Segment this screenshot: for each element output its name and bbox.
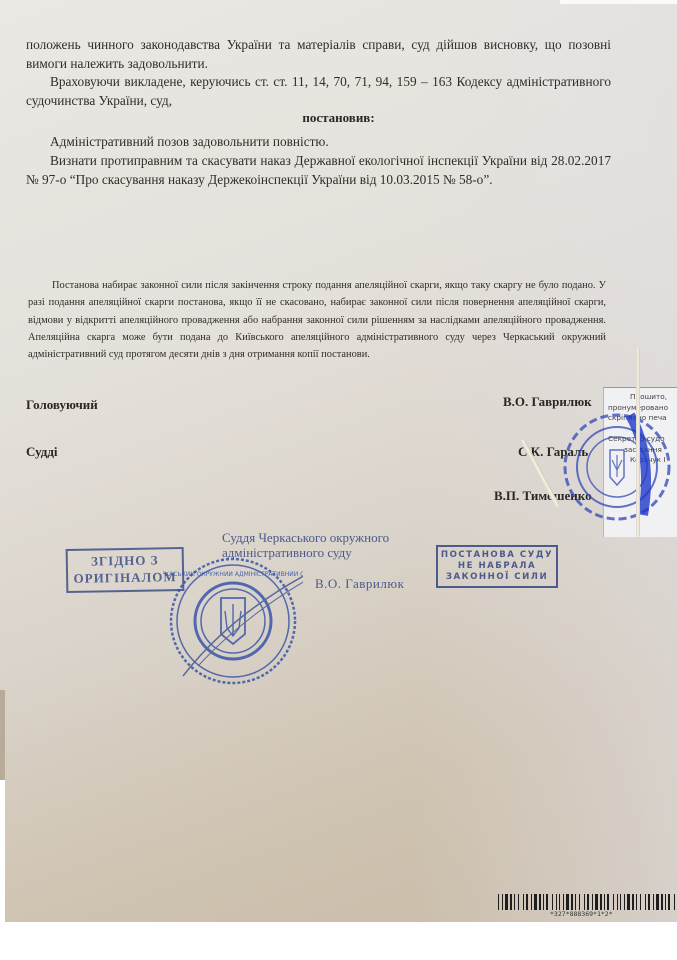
certifying-judge-name: В.О. Гаврилюк	[315, 576, 404, 592]
appeal-notice: Постанова набирає законної сили після за…	[28, 277, 606, 363]
page-edge	[0, 690, 5, 780]
court-round-seal-icon: ЧЕРКАСЬКИЙ ОКРУЖНИЙ АДМІНІСТРАТИВНИЙ СУД	[163, 556, 303, 686]
not-in-force-stamp: ПОСТАНОВА СУДУ НЕ НАБРАЛА ЗАКОННОЇ СИЛИ	[436, 545, 558, 588]
force-stamp-line: ПОСТАНОВА СУДУ	[438, 550, 556, 561]
svg-text:ЧЕРКАСЬКИЙ ОКРУЖНИЙ АДМІНІСТРА: ЧЕРКАСЬКИЙ ОКРУЖНИЙ АДМІНІСТРАТИВНИЙ СУД	[163, 571, 303, 578]
presiding-label: Головуючий	[26, 397, 98, 413]
force-stamp-line: НЕ НАБРАЛА	[438, 561, 556, 572]
binding-thread	[636, 347, 640, 537]
document-page: положень чинного законодавства України т…	[0, 0, 677, 922]
resolution-heading: постановив:	[0, 110, 677, 126]
force-stamp-line: ЗАКОННОЇ СИЛИ	[438, 572, 556, 583]
judges-label: Судді	[26, 444, 58, 460]
resolution-item: Визнати протиправним та скасувати наказ …	[26, 152, 611, 189]
binding-note-line: Прошито,	[608, 392, 677, 403]
barcode-text: *327*888369*1*2*	[550, 910, 613, 918]
page-edge	[0, 780, 5, 922]
resolution-item: Адміністративний позов задовольнити повн…	[26, 133, 611, 152]
barcode-icon	[498, 894, 677, 910]
legal-basis-paragraph: Враховуючи викладене, керуючись ст. ст. …	[26, 73, 611, 110]
court-seal-icon	[555, 405, 675, 530]
judge-title-line: Суддя Черкаського окружного	[222, 530, 389, 545]
page-edge	[560, 0, 677, 4]
intro-paragraph: положень чинного законодавства України т…	[26, 36, 611, 73]
